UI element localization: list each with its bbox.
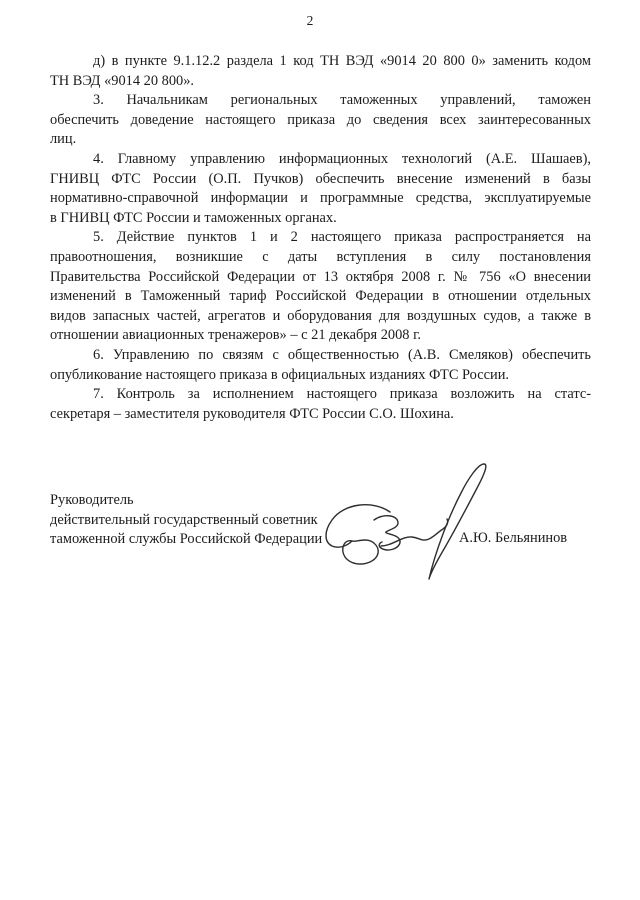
text-line: ТН ВЭД «9014 20 800». (50, 72, 591, 92)
text-line: 4. Главному управлению информационных те… (50, 150, 591, 170)
text-line: нормативно-справочной информации и прогр… (50, 189, 591, 209)
signatory-position-line: таможенной службы Российской Федерации (50, 530, 322, 550)
document-body: д) в пункте 9.1.12.2 раздела 1 код ТН ВЭ… (50, 52, 591, 424)
text-line: 6. Управлению по связям с общественность… (50, 346, 591, 366)
text-line: в ГНИВЦ ФТС России и таможенных органах. (50, 209, 591, 229)
document-page: 2 д) в пункте 9.1.12.2 раздела 1 код ТН … (0, 0, 640, 900)
text-line: правоотношения, возникшие с даты вступле… (50, 248, 591, 268)
text-line: Правительства Российской Федерации от 13… (50, 268, 591, 288)
signatory-position-line: Руководитель (50, 491, 322, 511)
signatory-position: Руководитель действительный государствен… (50, 491, 322, 550)
signatory-position-line: действительный государственный советник (50, 511, 322, 531)
text-line: 3. Начальникам региональных таможенных у… (50, 91, 591, 111)
text-line: д) в пункте 9.1.12.2 раздела 1 код ТН ВЭ… (50, 52, 591, 72)
text-line: 5. Действие пунктов 1 и 2 настоящего при… (50, 228, 591, 248)
text-line: ГНИВЦ ФТС России (О.П. Пучков) обеспечит… (50, 170, 591, 190)
handwritten-signature-icon (318, 446, 503, 596)
text-line: секретаря – заместителя руководителя ФТС… (50, 405, 591, 425)
text-line: изменений в Таможенный тариф Российской … (50, 287, 591, 307)
text-line: отношении авиационных тренажеров» – с 21… (50, 326, 591, 346)
text-line: обеспечить доведение настоящего приказа … (50, 111, 591, 131)
text-line: лиц. (50, 130, 591, 150)
text-line: видов запасных частей, агрегатов и обору… (50, 307, 591, 327)
text-line: 7. Контроль за исполнением настоящего пр… (50, 385, 591, 405)
page-number: 2 (0, 13, 620, 29)
text-line: опубликование настоящего приказа в офици… (50, 366, 591, 386)
